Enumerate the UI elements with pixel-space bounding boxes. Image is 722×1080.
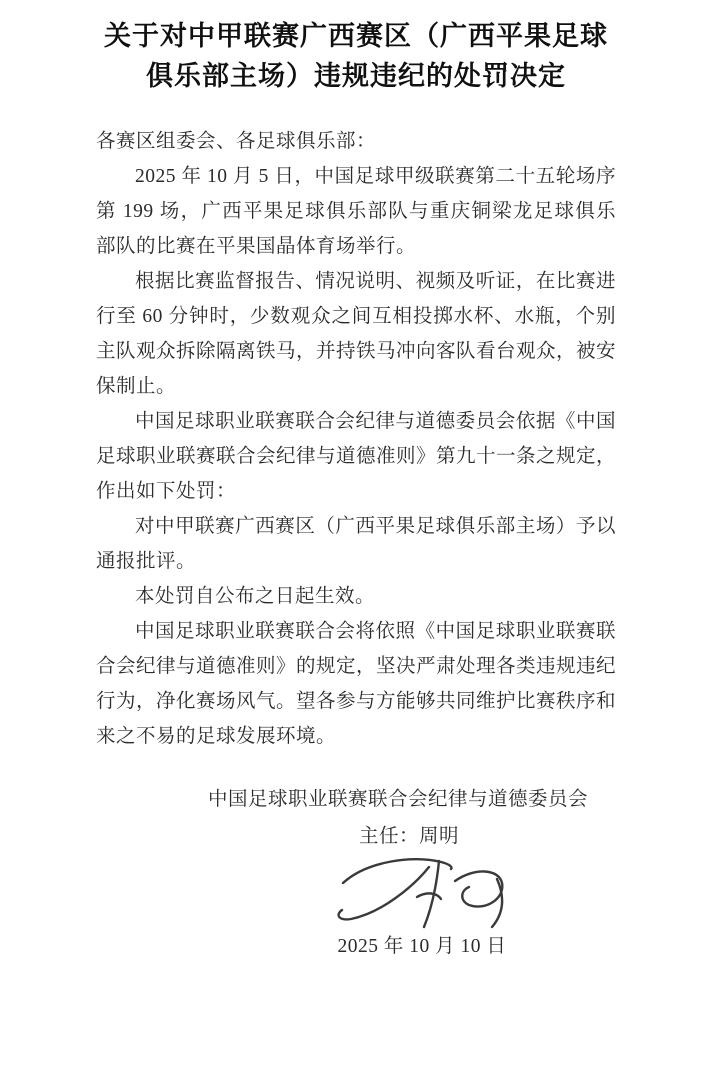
document-body: 各赛区组委会、各足球俱乐部： 2025 年 10 月 5 日，中国足球甲级联赛第… <box>96 124 616 754</box>
paragraph-legal-basis: 中国足球职业联赛联合会纪律与道德委员会依据《中国足球职业联赛联合会纪律与道德准则… <box>96 404 616 509</box>
signature-block: 中国足球职业联赛联合会纪律与道德委员会 主任：周明 2025 年 10 月 10… <box>96 782 616 962</box>
paragraph-incident-description: 根据比赛监督报告、情况说明、视频及听证，在比赛进行至 60 分钟时，少数观众之间… <box>96 264 616 404</box>
paragraph-match-info: 2025 年 10 月 5 日，中国足球甲级联赛第二十五轮场序第 199 场，广… <box>96 159 616 264</box>
document-title: 关于对中甲联赛广西赛区（广西平果足球 俱乐部主场）违规违纪的处罚决定 <box>96 16 616 96</box>
handwritten-signature-image <box>96 852 616 930</box>
signature-organization: 中国足球职业联赛联合会纪律与道德委员会 <box>96 782 616 817</box>
paragraph-effective-date: 本处罚自公布之日起生效。 <box>96 579 616 614</box>
paragraph-closing-statement: 中国足球职业联赛联合会将依照《中国足球职业联赛联合会纪律与道德准则》的规定，坚决… <box>96 614 616 754</box>
paragraph-penalty: 对中甲联赛广西赛区（广西平果足球俱乐部主场）予以通报批评。 <box>96 509 616 579</box>
salutation: 各赛区组委会、各足球俱乐部： <box>96 124 616 159</box>
document-title-line-2: 俱乐部主场）违规违纪的处罚决定 <box>146 61 566 91</box>
signature-signer-line: 主任：周明 <box>96 819 616 854</box>
handwritten-signature-icon <box>329 853 534 929</box>
scanned-document-page: 关于对中甲联赛广西赛区（广西平果足球 俱乐部主场）违规违纪的处罚决定 各赛区组委… <box>0 0 722 1080</box>
document-title-line-1: 关于对中甲联赛广西赛区（广西平果足球 <box>104 21 608 51</box>
signature-date: 2025 年 10 月 10 日 <box>96 932 616 962</box>
